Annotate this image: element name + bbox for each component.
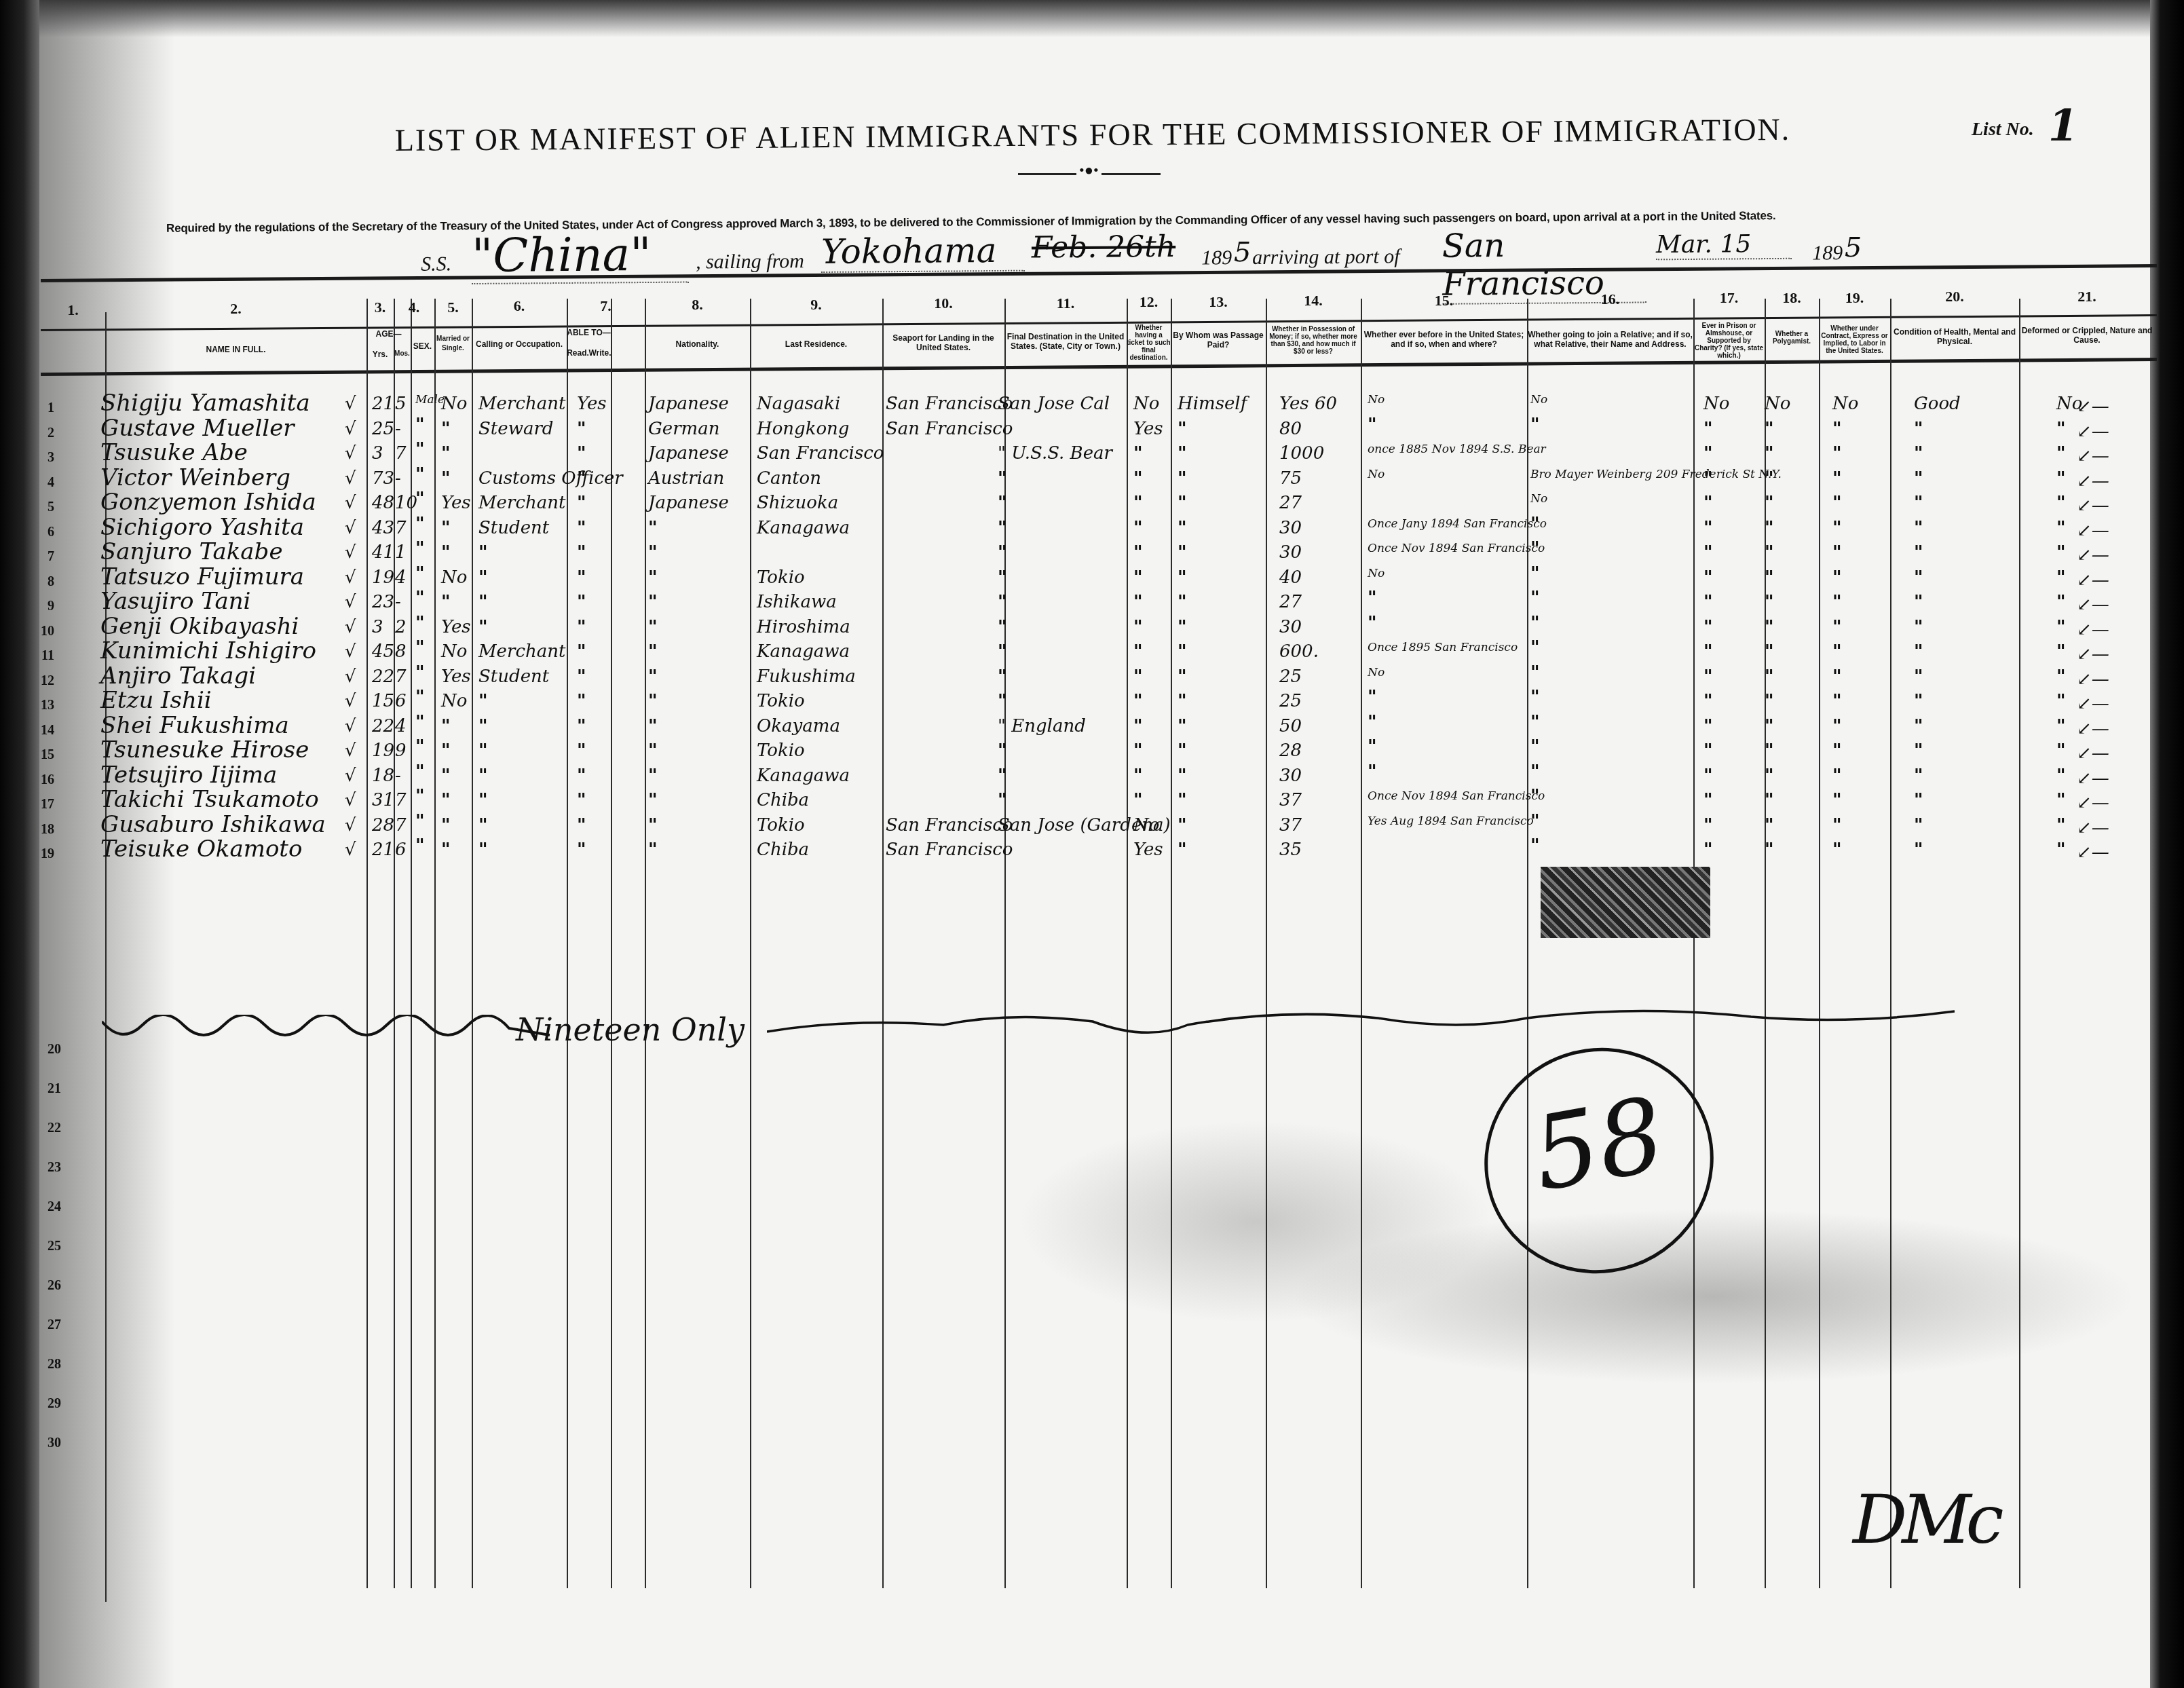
prison-charity: "	[1703, 840, 1713, 860]
occupation: "	[478, 542, 488, 563]
joining-relative: "	[1530, 740, 1540, 753]
passage-paid-by: "	[1178, 740, 1187, 761]
deformed-crippled: "	[2056, 542, 2066, 563]
col-rule	[1765, 299, 1766, 1588]
occupation: "	[478, 567, 488, 588]
deformed-crippled: "	[2056, 740, 2066, 761]
age-years: 43	[372, 518, 394, 538]
row-number: 7	[27, 549, 54, 565]
list-number-value: 1	[2048, 100, 2079, 151]
able-to-read: "	[577, 766, 586, 786]
prison-charity: "	[1703, 567, 1713, 588]
joining-relative: No	[1530, 394, 1547, 407]
column-number: 14.	[1266, 292, 1361, 310]
age-months: 5	[395, 394, 407, 414]
empty-row-number: 23	[34, 1160, 61, 1176]
age-years: 23	[372, 592, 394, 612]
joining-relative: "	[1530, 667, 1540, 679]
header-sex: SEX.	[411, 333, 434, 360]
age-months: 9	[395, 740, 407, 761]
health-condition: "	[1914, 667, 1923, 687]
empty-row-number: 22	[34, 1121, 61, 1136]
previously-in-us: "	[1368, 716, 1377, 729]
check-mark-icon: √	[345, 815, 356, 836]
age-years: 3	[372, 443, 383, 464]
header-last-residence: Last Residence.	[750, 327, 882, 361]
money-possessed: 27	[1279, 493, 1302, 513]
page-top-edge	[0, 0, 2184, 37]
sex: "	[415, 592, 425, 605]
last-residence: San Francisco	[757, 443, 884, 464]
marital-status: Yes	[441, 617, 471, 637]
check-mark-icon: √	[345, 567, 356, 588]
joining-relative: No	[1530, 493, 1547, 506]
header-nationality: Nationality.	[645, 327, 750, 361]
passenger-name: Yasujiro Tani	[100, 588, 250, 615]
age-months: 10	[395, 493, 417, 513]
age-years: 28	[372, 815, 394, 836]
age-years: 19	[372, 740, 394, 761]
health-condition: "	[1914, 790, 1923, 810]
passenger-name: Etzu Ishii	[100, 687, 212, 714]
able-to-read: "	[577, 592, 586, 612]
joining-relative: "	[1530, 617, 1540, 630]
occupation: Merchant	[478, 394, 565, 414]
nationality: "	[648, 518, 658, 538]
polygamist: "	[1765, 815, 1774, 836]
age-months: -	[395, 468, 401, 489]
labor-contract: "	[1832, 443, 1842, 464]
able-to-read: "	[577, 542, 586, 563]
column-number: 17.	[1693, 289, 1765, 307]
marital-status: No	[441, 641, 467, 662]
occupation: "	[478, 592, 488, 612]
age-years: 48	[372, 493, 394, 513]
final-destination: San Jose Cal	[998, 394, 1110, 414]
passenger-name: Sanjuro Takabe	[100, 538, 283, 565]
previously-in-us: "	[1368, 592, 1377, 605]
health-condition: "	[1914, 815, 1923, 836]
deformed-crippled: "	[2056, 468, 2066, 489]
occupation: "	[478, 840, 488, 860]
money-possessed: 50	[1279, 716, 1302, 736]
joining-relative: "	[1530, 567, 1540, 580]
joining-relative: "	[1530, 691, 1540, 704]
able-to-read: "	[577, 716, 586, 736]
joining-relative: Bro Mayer Weinberg 209 Frederick St N.Y.	[1530, 468, 1782, 481]
previously-in-us: No	[1368, 468, 1385, 481]
health-condition: "	[1914, 740, 1923, 761]
prison-charity: "	[1703, 518, 1713, 538]
column-number: 13.	[1171, 293, 1266, 311]
previously-in-us: "	[1368, 691, 1377, 704]
seaport-landing: San Francisco	[886, 815, 1013, 836]
last-residence: Tokio	[757, 567, 805, 588]
able-to-read: "	[577, 617, 586, 637]
health-condition: "	[1914, 493, 1923, 513]
check-mark-icon: √	[345, 542, 356, 563]
joining-relative: "	[1530, 641, 1540, 654]
header-age: AGE—	[366, 327, 411, 341]
empty-row-number: 30	[34, 1436, 61, 1451]
empty-row-number: 26	[34, 1278, 61, 1294]
empty-row-number: 20	[34, 1042, 61, 1057]
prison-charity: "	[1703, 592, 1713, 612]
deformed-crippled: "	[2056, 493, 2066, 513]
labor-contract: "	[1832, 740, 1842, 761]
polygamist: "	[1765, 567, 1774, 588]
joining-relative: "	[1530, 815, 1540, 828]
age-years: 15	[372, 691, 394, 711]
last-residence: Chiba	[757, 840, 809, 860]
money-possessed: 30	[1279, 518, 1302, 538]
passenger-name: Tsunesuke Hirose	[100, 736, 309, 764]
occupation: "	[478, 691, 488, 711]
header-able-to: ABLE TO—	[567, 326, 611, 339]
column-number: 21.	[2019, 288, 2155, 305]
empty-row-number: 28	[34, 1357, 61, 1372]
column-number: 15.	[1361, 292, 1527, 310]
col-rule	[434, 299, 436, 1588]
tick-arrow-icon: ↙—	[2077, 842, 2109, 863]
polygamist: "	[1765, 667, 1774, 687]
prison-charity: "	[1703, 419, 1713, 439]
previously-in-us: "	[1368, 419, 1377, 432]
tick-arrow-icon: ↙—	[2077, 743, 2109, 764]
check-mark-icon: √	[345, 394, 356, 414]
occupation: "	[478, 716, 488, 736]
money-possessed: 75	[1279, 468, 1302, 489]
health-condition: "	[1914, 691, 1923, 711]
nationality: "	[648, 740, 658, 761]
column-number: 9.	[750, 296, 882, 314]
seaport-landing: San Francisco	[886, 840, 1013, 860]
check-mark-icon: √	[345, 840, 356, 860]
row-number: 2	[27, 426, 54, 441]
closing-note: Nineteen Only	[516, 1011, 745, 1048]
header-name: NAME IN FULL.	[105, 336, 366, 363]
sex: "	[415, 518, 425, 531]
marital-status: "	[441, 592, 451, 612]
row-number: 14	[27, 723, 54, 738]
has-ticket: "	[1133, 542, 1143, 563]
tick-arrow-icon: ↙—	[2077, 694, 2109, 714]
column-number: 18.	[1765, 289, 1819, 307]
age-years: 21	[372, 394, 394, 414]
last-residence: Shizuoka	[757, 493, 838, 513]
final-destination: " England	[998, 716, 1086, 736]
polygamist: "	[1765, 468, 1774, 489]
previously-in-us: "	[1368, 617, 1377, 630]
header-passage-paid: By Whom was Passage Paid?	[1171, 323, 1266, 357]
col-rule	[1890, 299, 1891, 1588]
polygamist: No	[1765, 394, 1790, 414]
passage-paid-by: "	[1178, 790, 1187, 810]
prison-charity: "	[1703, 493, 1713, 513]
header-seaport: Seaport for Landing in the United States…	[882, 326, 1004, 360]
sex: "	[415, 840, 425, 852]
passage-paid-by: "	[1178, 667, 1187, 687]
row-number: 13	[27, 698, 54, 713]
labor-contract: "	[1832, 691, 1842, 711]
age-months: 4	[395, 567, 407, 588]
marital-status: "	[441, 518, 451, 538]
health-condition: Good	[1914, 394, 1961, 414]
has-ticket: "	[1133, 617, 1143, 637]
prison-charity: "	[1703, 790, 1713, 810]
able-to-read: "	[577, 419, 586, 439]
age-months: 7	[395, 443, 407, 464]
age-months: 4	[395, 716, 407, 736]
column-number: 8.	[645, 296, 750, 314]
money-possessed: 30	[1279, 617, 1302, 637]
able-to-read: "	[577, 443, 586, 464]
col-rule	[1693, 299, 1695, 1588]
polygamist: "	[1765, 518, 1774, 538]
money-possessed: 1000	[1279, 443, 1324, 464]
year-suffix-arrival: 5	[1845, 232, 1862, 263]
col-rule	[472, 299, 473, 1588]
check-mark-icon: √	[345, 716, 356, 736]
previously-in-us: Once Nov 1894 San Francisco	[1368, 542, 1545, 555]
empty-row-number: 21	[34, 1081, 61, 1097]
prison-charity: "	[1703, 766, 1713, 786]
column-number: 11.	[1004, 295, 1127, 312]
tick-arrow-icon: ↙—	[2077, 793, 2109, 813]
deformed-crippled: "	[2056, 617, 2066, 637]
health-condition: "	[1914, 443, 1923, 464]
has-ticket: "	[1133, 518, 1143, 538]
tick-arrow-icon: ↙—	[2077, 669, 2109, 690]
sex: "	[415, 815, 425, 828]
polygamist: "	[1765, 641, 1774, 662]
check-mark-icon: √	[345, 740, 356, 761]
passenger-name: Shigiju Yamashita	[100, 390, 310, 417]
last-residence: Nagasaki	[757, 394, 840, 414]
passenger-name: Gonzyemon Ishida	[100, 489, 316, 516]
col-rule	[2019, 299, 2020, 1588]
tick-arrow-icon: ↙—	[2077, 521, 2109, 541]
year-prefix-arrival: 189	[1812, 242, 1843, 265]
sex: Male	[415, 394, 445, 407]
final-destination: " U.S.S. Bear	[998, 443, 1112, 464]
col-rule	[567, 299, 568, 1588]
column-number: 2.	[105, 300, 366, 318]
nationality: "	[648, 617, 658, 637]
previously-in-us: Once 1895 San Francisco	[1368, 641, 1518, 654]
last-residence: Kanagawa	[757, 641, 850, 662]
money-possessed: 30	[1279, 542, 1302, 563]
polygamist: "	[1765, 840, 1774, 860]
col-rule	[411, 299, 412, 1588]
header-health: Condition of Health, Mental and Physical…	[1890, 318, 2019, 356]
tick-arrow-icon: ↙—	[2077, 620, 2109, 640]
passenger-name: Tatsuzo Fujimura	[100, 563, 304, 590]
joining-relative: "	[1530, 790, 1540, 803]
column-number: 19.	[1819, 289, 1890, 307]
has-ticket: "	[1133, 790, 1143, 810]
previously-in-us: Yes Aug 1894 San Francisco	[1368, 815, 1534, 828]
able-to-read: "	[577, 641, 586, 662]
polygamist: "	[1765, 766, 1774, 786]
labor-contract: "	[1832, 790, 1842, 810]
deformed-crippled: "	[2056, 716, 2066, 736]
passage-paid-by: "	[1178, 840, 1187, 860]
deformed-crippled: "	[2056, 443, 2066, 464]
column-number: 20.	[1890, 288, 2019, 305]
marital-status: "	[441, 468, 451, 489]
health-condition: "	[1914, 592, 1923, 612]
labor-contract: "	[1832, 617, 1842, 637]
money-possessed: 25	[1279, 691, 1302, 711]
previously-in-us: "	[1368, 740, 1377, 753]
final-destination: "	[998, 691, 1007, 711]
deformed-crippled: "	[2056, 790, 2066, 810]
check-mark-icon: √	[345, 419, 356, 439]
final-destination: "	[998, 667, 1007, 687]
marital-status: "	[441, 840, 451, 860]
passage-paid-by: "	[1178, 641, 1187, 662]
age-years: 73	[372, 468, 394, 489]
nationality: "	[648, 542, 658, 563]
seaport-landing: San Francisco	[886, 394, 1013, 414]
occupation: "	[478, 740, 488, 761]
nationality: German	[648, 419, 720, 439]
sailing-date: Feb. 26th	[1032, 229, 1176, 265]
prison-charity: "	[1703, 667, 1713, 687]
has-ticket: "	[1133, 691, 1143, 711]
passenger-name: Sichigoro Yashita	[100, 514, 304, 541]
money-possessed: 30	[1279, 766, 1302, 786]
previously-in-us: once 1885 Nov 1894 S.S. Bear	[1368, 443, 1546, 456]
money-possessed: 28	[1279, 740, 1302, 761]
row-number: 4	[27, 475, 54, 491]
col-rule	[366, 299, 368, 1588]
age-months: 2	[395, 617, 407, 637]
row-number: 12	[27, 673, 54, 689]
seaport-landing: San Francisco	[886, 419, 1013, 439]
health-condition: "	[1914, 617, 1923, 637]
empty-row-number: 29	[34, 1396, 61, 1412]
empty-row-number: 27	[34, 1317, 61, 1333]
check-mark-icon: √	[345, 518, 356, 538]
labor-contract: No	[1832, 394, 1858, 414]
occupation: "	[478, 766, 488, 786]
labor-contract: "	[1832, 592, 1842, 612]
deformed-crippled: "	[2056, 567, 2066, 588]
passenger-name: Gusaburo Ishikawa	[100, 811, 326, 838]
money-possessed: 37	[1279, 790, 1302, 810]
header-money: Whether in Possession of Money; if so, w…	[1266, 316, 1361, 365]
polygamist: "	[1765, 790, 1774, 810]
labor-contract: "	[1832, 766, 1842, 786]
has-ticket: Yes	[1133, 419, 1163, 439]
row-number: 1	[27, 400, 54, 416]
nationality: "	[648, 840, 658, 860]
labor-contract: "	[1832, 567, 1842, 588]
sex: "	[415, 691, 425, 704]
final-destination: "	[998, 641, 1007, 662]
prison-charity: "	[1703, 691, 1713, 711]
joining-relative: "	[1530, 542, 1540, 555]
tick-arrow-icon: ↙—	[2077, 446, 2109, 466]
col-rule	[1266, 299, 1267, 1588]
check-mark-icon: √	[345, 641, 356, 662]
tick-arrow-icon: ↙—	[2077, 396, 2109, 417]
polygamist: "	[1765, 493, 1774, 513]
joining-relative: "	[1530, 592, 1540, 605]
prison-charity: "	[1703, 716, 1713, 736]
marital-status: "	[441, 419, 451, 439]
age-years: 19	[372, 567, 394, 588]
column-number: 6.	[472, 297, 567, 315]
age-years: 21	[372, 840, 394, 860]
col-rule	[1004, 299, 1006, 1588]
passage-paid-by: "	[1178, 592, 1187, 612]
polygamist: "	[1765, 419, 1774, 439]
polygamist: "	[1765, 443, 1774, 464]
nationality: Japanese	[648, 394, 729, 414]
arrival-date: Mar. 15	[1656, 230, 1792, 261]
col-rule	[394, 299, 395, 1588]
row-number: 19	[27, 846, 54, 862]
last-residence: Tokio	[757, 740, 805, 761]
able-to-read: "	[577, 815, 586, 836]
row-number: 9	[27, 599, 54, 614]
previously-in-us: Once Jany 1894 San Francisco	[1368, 518, 1547, 531]
able-to-read: "	[577, 493, 586, 513]
occupation: Merchant	[478, 641, 565, 662]
check-mark-icon: √	[345, 667, 356, 687]
passage-paid-by: "	[1178, 518, 1187, 538]
age-months: 1	[395, 542, 407, 563]
column-number: 4.	[394, 299, 434, 316]
header-write: Write.	[589, 346, 611, 360]
header-prison: Ever in Prison or Almshouse, or Supporte…	[1693, 316, 1765, 365]
age-years: 22	[372, 716, 394, 736]
sex: "	[415, 617, 425, 630]
has-ticket: "	[1133, 493, 1143, 513]
has-ticket: "	[1133, 592, 1143, 612]
year-prefix-sailing: 189	[1201, 246, 1232, 269]
list-number-label: List No.	[1972, 119, 2034, 140]
has-ticket: No	[1133, 815, 1159, 836]
passenger-name: Tsusuke Abe	[100, 439, 248, 466]
sex: "	[415, 542, 425, 555]
able-to-read: Yes	[577, 394, 607, 414]
occupation: Merchant	[478, 493, 565, 513]
health-condition: "	[1914, 716, 1923, 736]
able-to-read: "	[577, 790, 586, 810]
header-ticket: Whether having a ticket to such final de…	[1127, 319, 1171, 367]
prison-charity: "	[1703, 542, 1713, 563]
final-destination: "	[998, 740, 1007, 761]
sex: "	[415, 790, 425, 803]
closing-squiggle-right	[767, 1005, 1955, 1045]
age-years: 41	[372, 542, 394, 563]
money-possessed: 40	[1279, 567, 1302, 588]
age-months: -	[395, 766, 401, 786]
age-years: 3	[372, 617, 383, 637]
last-residence: Fukushima	[757, 667, 856, 687]
tick-arrow-icon: ↙—	[2077, 768, 2109, 789]
polygamist: "	[1765, 542, 1774, 563]
deformed-crippled: "	[2056, 641, 2066, 662]
inspector-signature: DMc	[1853, 1480, 1999, 1559]
col-rule	[1127, 299, 1128, 1588]
deformed-crippled: "	[2056, 419, 2066, 439]
previously-in-us: Once Nov 1894 San Francisco	[1368, 790, 1545, 803]
